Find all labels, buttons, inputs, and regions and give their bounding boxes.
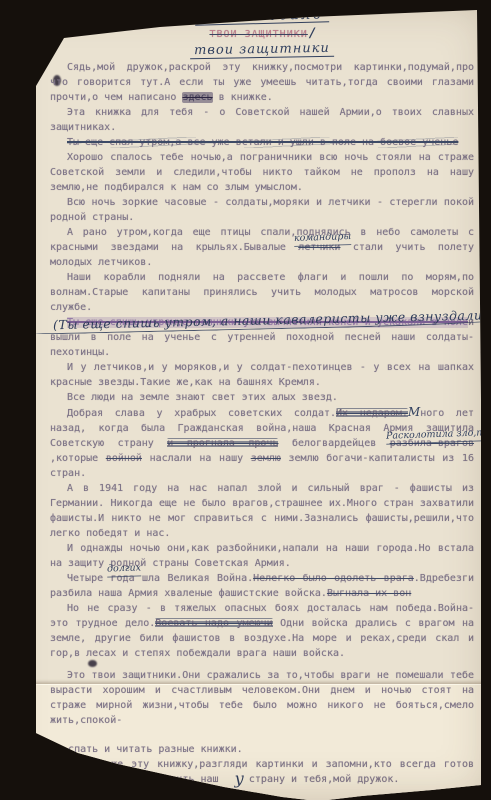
typed-text: Всю ночь зоркие часовые - солдаты,моряки… bbox=[50, 197, 474, 223]
typed-text: в книжке. bbox=[213, 92, 273, 103]
smudged-word: здесь bbox=[182, 92, 212, 103]
typed-text: И у летчиков,и у моряков,и у солдат-пехо… bbox=[50, 362, 474, 388]
typed-text: белогвардейцев bbox=[278, 438, 389, 449]
paragraph-closing: Прочти же эту книжку,разгляди картинки и… bbox=[50, 757, 474, 787]
typed-text: Эта книжка для тебя - о Советской нашей … bbox=[50, 107, 474, 133]
correction-group: долгихгода bbox=[111, 571, 135, 586]
correction-group: Расколотила зло,прогнала вонразбила враг… bbox=[390, 436, 474, 451]
typed-text: Это твои защитники.Они сражались за то,ч… bbox=[50, 670, 474, 726]
handwritten-letter: у bbox=[218, 774, 244, 784]
typed-text: но спать и читать разные книжки. bbox=[50, 744, 243, 755]
typed-text: Хорошо спалось тебе ночью,а пограничники… bbox=[50, 152, 474, 193]
struck-text: землю bbox=[251, 453, 281, 464]
paragraph-civil-war: Добрая слава у храбрых советских солдат.… bbox=[50, 405, 474, 481]
paragraph-your-defenders: Это твои защитники.Они сражались за то,ч… bbox=[50, 668, 474, 728]
typed-text: наслали на нашу bbox=[142, 453, 251, 464]
paragraph-great-war: Четыре долгихгода шла Великая Война.Неле… bbox=[50, 571, 474, 601]
text-body: Лев Кассиль ТВОИ ЗАЩИТНИКИ/ твои защитни… bbox=[50, 6, 474, 787]
typed-text: А в 1941 году на нас напал злой и сильны… bbox=[50, 483, 474, 539]
typed-text: шла Великая Война. bbox=[135, 573, 254, 584]
scribbled-text: и прогнала прочь bbox=[167, 438, 278, 449]
paragraph-cavalry-rewrite: Ты еще спишь утром,а конники уже вычисти… bbox=[50, 315, 474, 360]
author-handwritten: Лев Кассиль bbox=[195, 6, 329, 25]
typed-text: Наши корабли подняли на рассвете флаги и… bbox=[50, 272, 474, 313]
paragraph-about-book: Эта книжка для тебя - о Советской нашей … bbox=[50, 105, 474, 135]
typed-text: страну и тебя,мой дружок. bbox=[243, 774, 400, 785]
paragraph-stars-light: Все люди на земле знают свет этих алых з… bbox=[50, 390, 474, 405]
manuscript-scan: Лев Кассиль ТВОИ ЗАЩИТНИКИ/ твои защитни… bbox=[0, 0, 491, 800]
handwritten-correction: командиры bbox=[294, 229, 352, 247]
paragraph-border-guards: Хорошо спалось тебе ночью,а пограничники… bbox=[50, 150, 474, 195]
struck-text: Выгнала их вон bbox=[327, 588, 411, 599]
paragraph-crossed-out-line: Ты еще спал утром,а все уже встали и ушл… bbox=[50, 135, 474, 150]
paragraph-1941: А в 1941 году на нас напал злой и сильны… bbox=[50, 481, 474, 541]
typed-text: Четыре bbox=[67, 573, 111, 584]
handwritten-text: М bbox=[408, 405, 420, 419]
paragraph-fragment-continuation: но спать и читать разные книжки. bbox=[50, 742, 474, 757]
typed-text: ,которые bbox=[50, 453, 106, 464]
header: Лев Кассиль ТВОИ ЗАЩИТНИКИ/ твои защитни… bbox=[50, 6, 474, 58]
struck-text: Нелегко было одолеть врага bbox=[253, 573, 414, 584]
scribbled-text: Воевать надо умеючи bbox=[155, 618, 272, 629]
struck-line: Ты еще спал утром,а все уже встали и ушл… bbox=[67, 137, 458, 148]
struck-text: войной bbox=[106, 453, 142, 464]
correction-group: командирылетчики bbox=[298, 240, 340, 255]
typed-text: Все люди на земле знают свет этих алых з… bbox=[67, 392, 338, 403]
pen-slash-mark: / bbox=[310, 26, 315, 41]
typed-text: Добрая слава у храбрых советских солдат. bbox=[67, 408, 336, 419]
title-typed-struck: ТВОИ ЗАЩИТНИКИ bbox=[209, 29, 307, 40]
title-handwritten: твои защитники bbox=[190, 41, 334, 60]
scribbled-text: Их недаром. bbox=[336, 408, 408, 419]
handwritten-correction: долгих bbox=[106, 560, 141, 577]
paper-sheet: Лев Кассиль ТВОИ ЗАЩИТНИКИ/ твои защитни… bbox=[0, 0, 491, 800]
paragraph-sentries: Всю ночь зоркие часовые - солдаты,моряки… bbox=[50, 195, 474, 225]
paragraph-hard-victory: Но не сразу - в тяжелых опасных боях дос… bbox=[50, 601, 474, 661]
paragraph-pilots: А рано утром,когда еще птицы спали,подня… bbox=[50, 225, 474, 270]
paragraph-red-stars: И у летчиков,и у моряков,и у солдат-пехо… bbox=[50, 360, 474, 390]
paragraph-intro: Сядь,мой дружок,раскрой эту книжку,посмо… bbox=[50, 60, 474, 105]
